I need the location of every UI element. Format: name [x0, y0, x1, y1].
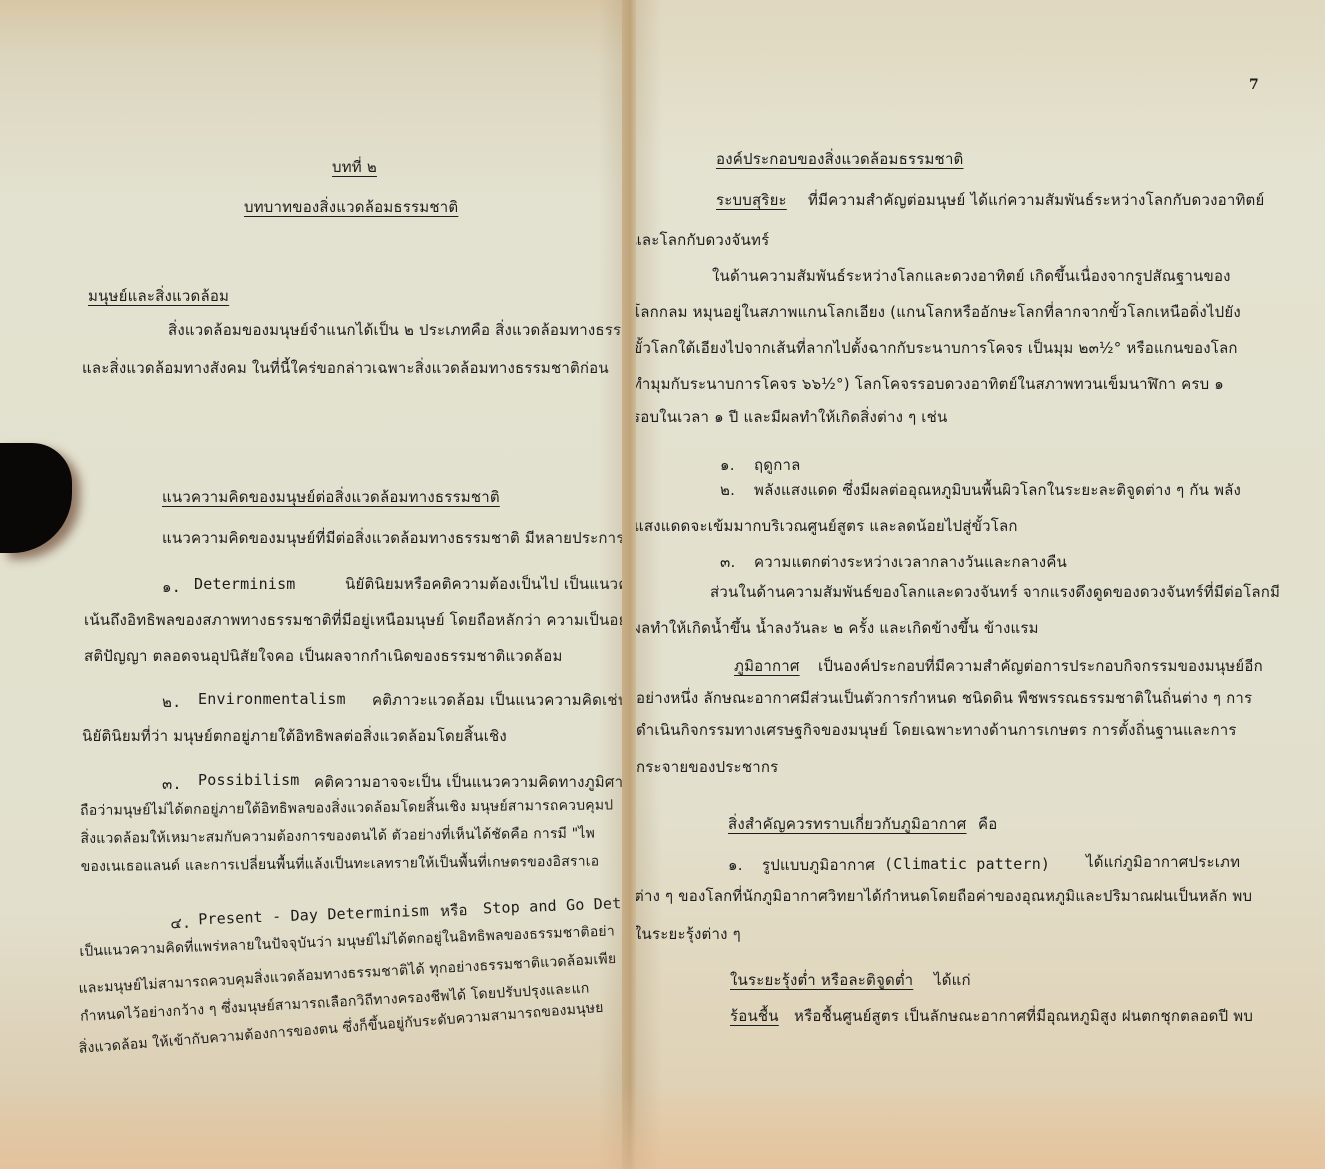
section-heading-human-environment: มนุษย์และสิ่งแวดล้อม: [88, 284, 229, 308]
effect-text: ฤดูกาล: [754, 453, 801, 477]
paragraph-line: นิยัตินิยมที่ว่า มนุษย์ตกอยู่ภายใต้อิทธิ…: [82, 724, 507, 748]
bookmark-tab: [0, 443, 72, 553]
paragraph-line: คติภาวะแวดล้อม เป็นแนวความคิดเช่น: [372, 688, 628, 712]
item-term: Possibilism: [198, 771, 300, 789]
section-heading-components: องค์ประกอบของสิ่งแวดล้อมธรรมชาติ: [716, 147, 964, 171]
paragraph-line: รอบในเวลา ๑ ปี และมีผลทำให้เกิดสิ่งต่าง …: [636, 405, 947, 429]
item-term: Environmentalism: [198, 690, 346, 708]
page-number: 7: [1249, 77, 1259, 93]
heading-suffix: ได้แก่: [934, 968, 971, 992]
paragraph-line: โลกกลม หมุนอยู่ในสภาพแกนโลกเอียง (แกนโลก…: [636, 300, 1241, 324]
paragraph-line: ในด้านความสัมพันธ์ระหว่างโลกและดวงอาทิตย…: [712, 264, 1231, 288]
paragraph-line: สิ่งแวดล้อมให้เหมาะสมกับความต้องการของตน…: [80, 823, 595, 850]
section-heading-human-concepts: แนวความคิดของมนุษย์ต่อสิ่งแวดล้อมทางธรรม…: [162, 485, 500, 509]
effect-number: ๑.: [720, 453, 735, 477]
right-page: 7 องค์ประกอบของสิ่งแวดล้อมธรรมชาติ ระบบส…: [636, 0, 1325, 1169]
paragraph-line: แนวความคิดของมนุษย์ที่มีต่อสิ่งแวดล้อมทา…: [162, 526, 628, 550]
item-number: ๒.: [162, 690, 181, 714]
left-page: บทที่ ๒ บทบาทของสิ่งแวดล้อมธรรมชาติ มนุษ…: [0, 0, 628, 1169]
paragraph-line: และโลกกับดวงจันทร์: [636, 228, 769, 252]
paragraph-line: คติความอาจจะเป็น เป็นแนวความคิดทางภูมิศา: [314, 770, 623, 794]
effect-number: ๓.: [720, 550, 735, 574]
effect-number: ๒.: [720, 478, 735, 502]
term-solar-system: ระบบสุริยะ: [716, 188, 787, 212]
paragraph-line: ผลทำให้เกิดน้ำขึ้น น้ำลงวันละ ๒ ครั้ง แล…: [636, 616, 1039, 640]
paragraph-line: ถือว่ามนุษย์ไม่ได้ตกอยู่ภายใต้อิทธิพลของ…: [80, 794, 613, 822]
paragraph-line: เน้นถึงอิทธิพลของสภาพทางธรรมชาติที่มีอยู…: [84, 608, 628, 632]
paragraph-line: เป็นองค์ประกอบที่มีความสำคัญต่อการประกอบ…: [818, 654, 1263, 678]
item-term-english: (Climatic pattern): [884, 855, 1050, 873]
paragraph-line: ที่มีความสำคัญต่อมนุษย์ ได้แก่ความสัมพัน…: [808, 188, 1264, 212]
paragraph-line: ของเนเธอแลนด์ และการเปลี่ยนพื้นที่แล้งเป…: [81, 851, 600, 878]
effect-text: พลังแสงแดด ซึ่งมีผลต่ออุณหภูมิบนพื้นผิวโ…: [754, 478, 1241, 502]
book-spread: บทที่ ๒ บทบาทของสิ่งแวดล้อมธรรมชาติ มนุษ…: [0, 0, 1325, 1169]
item-term: Determinism: [194, 575, 296, 593]
paragraph-line: สติปัญญา ตลอดจนอุปนิสัยใจคอ เป็นผลจากกำเ…: [84, 644, 563, 668]
item-number: ๑.: [162, 575, 181, 599]
heading-suffix: คือ: [978, 812, 997, 836]
effect-text: แสงแดดจะเข้มมากบริเวณศูนย์สูตร และลดน้อย…: [636, 514, 1018, 538]
item-term: Present - Day Determinism: [198, 902, 429, 929]
paragraph-line: ได้แก่ภูมิอากาศประเภท: [1086, 850, 1240, 874]
section-heading-low-latitude: ในระยะรุ้งต่ำ หรือละติจูดต่ำ: [730, 968, 913, 992]
paragraph-line: ส่วนในด้านความสัมพันธ์ของโลกและดวงจันทร์…: [710, 580, 1280, 604]
paragraph-line: และสิ่งแวดล้อมทางสังคม ในที่นี้ใคร่ขอกล่…: [82, 356, 609, 380]
paragraph-line: อย่างหนึ่ง ลักษณะอากาศมีส่วนเป็นตัวการกำ…: [636, 686, 1252, 710]
item-number: ๔.: [170, 911, 192, 936]
paragraph-line: ต่าง ๆ ของโลกที่นักภูมิอากาศวิทยาได้กำหน…: [636, 884, 1252, 908]
item-connector: หรือ: [440, 898, 468, 923]
paragraph-line: ทำมุมกับระนาบการโคจร ๖๖½°) โลกโคจรรอบดวง…: [636, 372, 1224, 396]
term-tropical: ร้อนชื้น: [730, 1004, 779, 1028]
paragraph-line: นิยัตินิยมหรือคติความต้องเป็นไป เป็นแนวค…: [345, 572, 628, 596]
effect-text: ความแตกต่างระหว่างเวลากลางวันและกลางคืน: [754, 550, 1067, 574]
paragraph-line: สิ่งแวดล้อมของมนุษย์จำแนกได้เป็น ๒ ประเภ…: [168, 318, 628, 342]
paragraph-line: กระจายของประชากร: [636, 755, 778, 779]
item-term-2: Stop and Go Deter: [483, 893, 628, 917]
section-heading-climate-important: สิ่งสำคัญควรทราบเกี่ยวกับภูมิอากาศ: [728, 812, 967, 836]
item-term: รูปแบบภูมิอากาศ: [762, 853, 875, 877]
term-climate: ภูมิอากาศ: [734, 654, 800, 678]
paragraph-line: ขั้วโลกใต้เอียงไปจากเส้นที่ลากไปตั้งฉากก…: [636, 336, 1238, 360]
paragraph-line: ในระยะรุ้งต่าง ๆ: [636, 922, 741, 946]
item-number: ๑.: [728, 853, 743, 877]
paragraph-line: หรือชื้นศูนย์สูตร เป็นลักษณะอากาศที่มีอุ…: [794, 1004, 1253, 1028]
item-number: ๓.: [162, 772, 182, 796]
chapter-title: บทบาทของสิ่งแวดล้อมธรรมชาติ: [244, 195, 458, 219]
chapter-label: บทที่ ๒: [332, 155, 377, 179]
paragraph-line: ดำเนินกิจกรรมทางเศรษฐกิจของมนุษย์ โดยเฉพ…: [636, 718, 1237, 742]
